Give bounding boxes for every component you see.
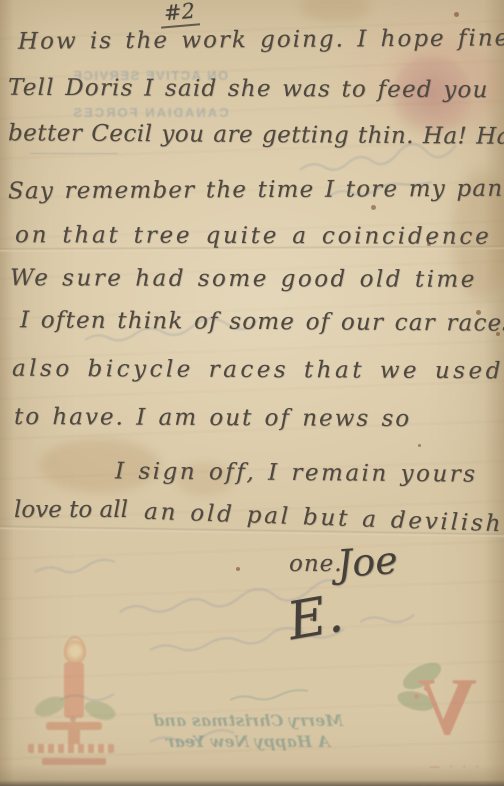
foxing-dot xyxy=(371,205,376,210)
letter-line-1: How is the work going. I hope fine xyxy=(18,25,504,54)
letter-page: ON ACTIVE SERVICE CANADIAN FORCES xyxy=(0,0,504,786)
letter-line-5: on that tree quite a coincidence xyxy=(15,222,492,250)
banner-stripe xyxy=(28,744,114,753)
holly-leaf-icon xyxy=(32,693,68,721)
victory-v-letter: V xyxy=(418,666,477,748)
letter-line-2: Tell Doris I said she was to feed you xyxy=(8,75,489,104)
candle-holder-stem xyxy=(68,730,80,744)
candle-base xyxy=(42,758,106,765)
letter-line-11: love to all xyxy=(14,497,128,523)
greeting-bleedthrough: Merry Christmas and A Happy New Year xyxy=(126,710,370,752)
greeting-line1: Merry Christmas and xyxy=(126,710,370,731)
christmas-candle-bleedthrough xyxy=(28,636,120,778)
greeting-line2: A Happy New Year xyxy=(126,731,370,752)
candle-flame-icon xyxy=(64,636,86,664)
morse-code-v: · · · — xyxy=(426,760,479,773)
victory-v-bleedthrough: V · · · — xyxy=(393,664,481,776)
foxing-dot xyxy=(454,12,459,17)
letter-line-3: better Cecil you are getting thin. Ha! H… xyxy=(8,120,504,150)
signature-initial: E. xyxy=(283,584,347,653)
letter-line-13: one. xyxy=(289,551,343,577)
foxing-dot xyxy=(236,567,240,571)
candle-holder xyxy=(46,722,102,730)
signature: Joe xyxy=(336,538,400,586)
letter-line-8: also bicycle races that we used xyxy=(12,356,504,385)
holly-leaf-icon xyxy=(82,697,118,723)
letter-line-6: We sure had some good old time xyxy=(10,265,477,293)
form-rule-bleedthrough xyxy=(30,153,118,154)
letter-line-4: Say remember the time I tore my pants xyxy=(8,176,504,205)
letter-line-10: I sign off, I remain yours xyxy=(115,458,478,487)
candle-body xyxy=(64,662,84,718)
letter-line-7: I often think of some of our car races xyxy=(20,307,504,336)
letterhead-line2: CANADIAN FORCES xyxy=(64,105,236,120)
letter-line-9: to have. I am out of news so xyxy=(14,404,411,432)
scan-edge-shadow xyxy=(0,780,504,786)
foxing-dot xyxy=(418,444,421,447)
page-number-mark: #2 xyxy=(159,0,200,29)
stain xyxy=(300,0,370,22)
